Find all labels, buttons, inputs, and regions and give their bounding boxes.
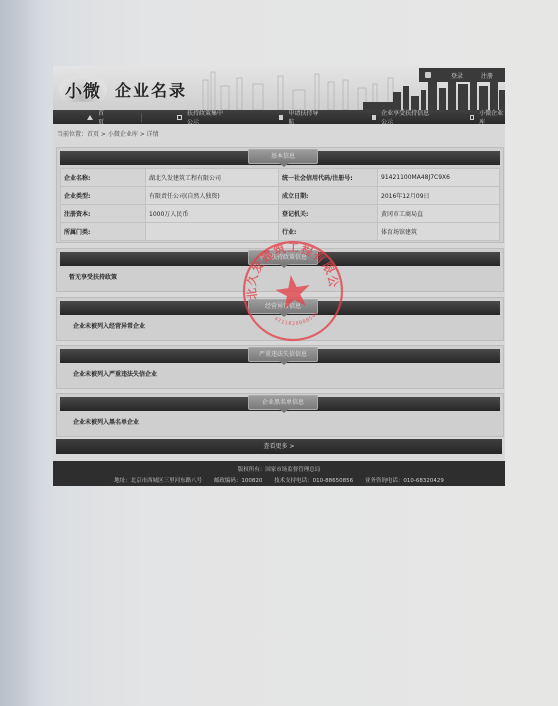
breadcrumb: 当前位置：首页 > 小微企业库 > 详情: [57, 129, 159, 138]
notice-icon: [372, 115, 377, 120]
home-icon: [87, 115, 93, 120]
footer-postcode: 邮政编码：100820: [214, 478, 263, 484]
footer-biz-phone: 业务咨询电话：010-68320429: [365, 478, 444, 484]
nav-item-policy-notice[interactable]: 扶持政策集中公示: [177, 110, 228, 124]
registered-capital-value: 1000万人民币: [146, 205, 279, 223]
table-row: 注册资本: 1000万人民币 登记机关: 黄冈市工商局直: [61, 205, 500, 223]
section-header-bar: 基本信息: [60, 151, 500, 165]
nav-item-support-notice[interactable]: 企业享受扶持信息公示: [372, 110, 434, 124]
section-header-bar: 企业黑名单信息: [60, 397, 500, 411]
guide-icon: [279, 115, 284, 120]
nav-item-apply-guide[interactable]: 申请扶持导航: [279, 110, 320, 124]
section-title: 经营异常信息: [248, 299, 318, 314]
nav-item-home[interactable]: 首页: [87, 110, 107, 124]
nav-divider: [141, 113, 142, 122]
section-title: 严重违法失信信息: [248, 347, 318, 362]
footer-contact: 地址：北京市西城区三里河东路八号 邮政编码：100820 技术支持电话：010-…: [53, 476, 505, 484]
section-basic-info: 基本信息 企业名称: 湖北久发建筑工程有限公司 统一社会信用代码/注册号: 91…: [56, 147, 504, 243]
section-title: 基本信息: [248, 149, 318, 164]
main-nav: 首页 扶持政策集中公示 申请扶持导航 企业享受扶持信息公示 小微企业库: [53, 110, 505, 124]
section-abnormal-operation: 经营异常信息 企业未被列入经营异常企业: [56, 297, 504, 341]
register-link[interactable]: 注册: [481, 71, 493, 80]
nav-label: 申请扶持导航: [288, 108, 319, 126]
section-header-bar: 享受扶持政策信息: [60, 252, 500, 266]
database-icon: [470, 115, 475, 120]
table-row: 所属门类: 行业: 体育场馆建筑: [61, 223, 500, 241]
section-message: 企业未被列入严重违法失信企业: [57, 363, 503, 384]
established-date-value: 2016年12月09日: [378, 187, 500, 205]
section-blacklist: 企业黑名单信息 企业未被列入黑名单企业: [56, 393, 504, 437]
field-label: 企业名称:: [61, 169, 146, 187]
company-name-value: 湖北久发建筑工程有限公司: [146, 169, 279, 187]
login-link[interactable]: 登录: [451, 71, 463, 80]
logo-badge: 小微: [59, 77, 107, 102]
field-label: 统一社会信用代码/注册号:: [279, 169, 378, 187]
category-value: [146, 223, 279, 241]
footer-tech-phone: 技术支持电话：010-88650856: [274, 478, 353, 484]
header-banner: 小微 企业名录 登录 注册: [53, 66, 505, 110]
site-logo[interactable]: 小微 企业名录: [59, 74, 187, 104]
industry-value: 体育场馆建筑: [378, 223, 500, 241]
nav-label: 企业享受扶持信息公示: [381, 108, 433, 126]
section-serious-violation: 严重违法失信信息 企业未被列入严重违法失信企业: [56, 345, 504, 389]
nav-label: 扶持政策集中公示: [187, 108, 229, 126]
section-message: 暂无享受扶持政策: [57, 266, 503, 287]
doc-icon: [177, 115, 182, 120]
auth-bar: 登录 注册: [419, 68, 505, 82]
section-header-bar: 严重违法失信信息: [60, 349, 500, 363]
page-footer: 版权所有：国家市场监督管理总局 地址：北京市西城区三里河东路八号 邮政编码：10…: [53, 461, 505, 486]
view-more-button[interactable]: 查看更多 >: [56, 439, 502, 454]
field-label: 成立日期:: [279, 187, 378, 205]
field-label: 登记机关:: [279, 205, 378, 223]
basic-info-table: 企业名称: 湖北久发建筑工程有限公司 统一社会信用代码/注册号: 9142110…: [60, 168, 500, 241]
field-label: 所属门类:: [61, 223, 146, 241]
section-support-policy: 享受扶持政策信息 暂无享受扶持政策: [56, 248, 504, 292]
nav-label: 首页: [98, 108, 107, 126]
section-title: 企业黑名单信息: [248, 395, 318, 410]
section-message: 企业未被列入黑名单企业: [57, 411, 503, 432]
table-row: 企业名称: 湖北久发建筑工程有限公司 统一社会信用代码/注册号: 9142110…: [61, 169, 500, 187]
nav-label: 小微企业库: [479, 108, 505, 126]
user-icon: [425, 72, 431, 78]
footer-copyright: 版权所有：国家市场监督管理总局: [53, 465, 505, 473]
field-label: 企业类型:: [61, 187, 146, 205]
registration-authority-value: 黄冈市工商局直: [378, 205, 500, 223]
table-row: 企业类型: 有限责任公司(自然人独资) 成立日期: 2016年12月09日: [61, 187, 500, 205]
scan-edge-shadow: [0, 0, 40, 706]
section-title: 享受扶持政策信息: [248, 250, 318, 265]
nav-item-sme-database[interactable]: 小微企业库: [470, 110, 505, 124]
credit-code-value: 91421100MA48J7C9X6: [378, 169, 500, 187]
section-header-bar: 经营异常信息: [60, 301, 500, 315]
field-label: 注册资本:: [61, 205, 146, 223]
section-message: 企业未被列入经营异常企业: [57, 315, 503, 336]
company-type-value: 有限责任公司(自然人独资): [146, 187, 279, 205]
printed-webpage: 小微 企业名录 登录 注册 首页 扶持政策集中公示 申请扶持导航 企业享受扶持信…: [53, 66, 505, 486]
field-label: 行业:: [279, 223, 378, 241]
logo-title: 企业名录: [115, 78, 187, 101]
footer-address: 地址：北京市西城区三里河东路八号: [114, 478, 202, 484]
